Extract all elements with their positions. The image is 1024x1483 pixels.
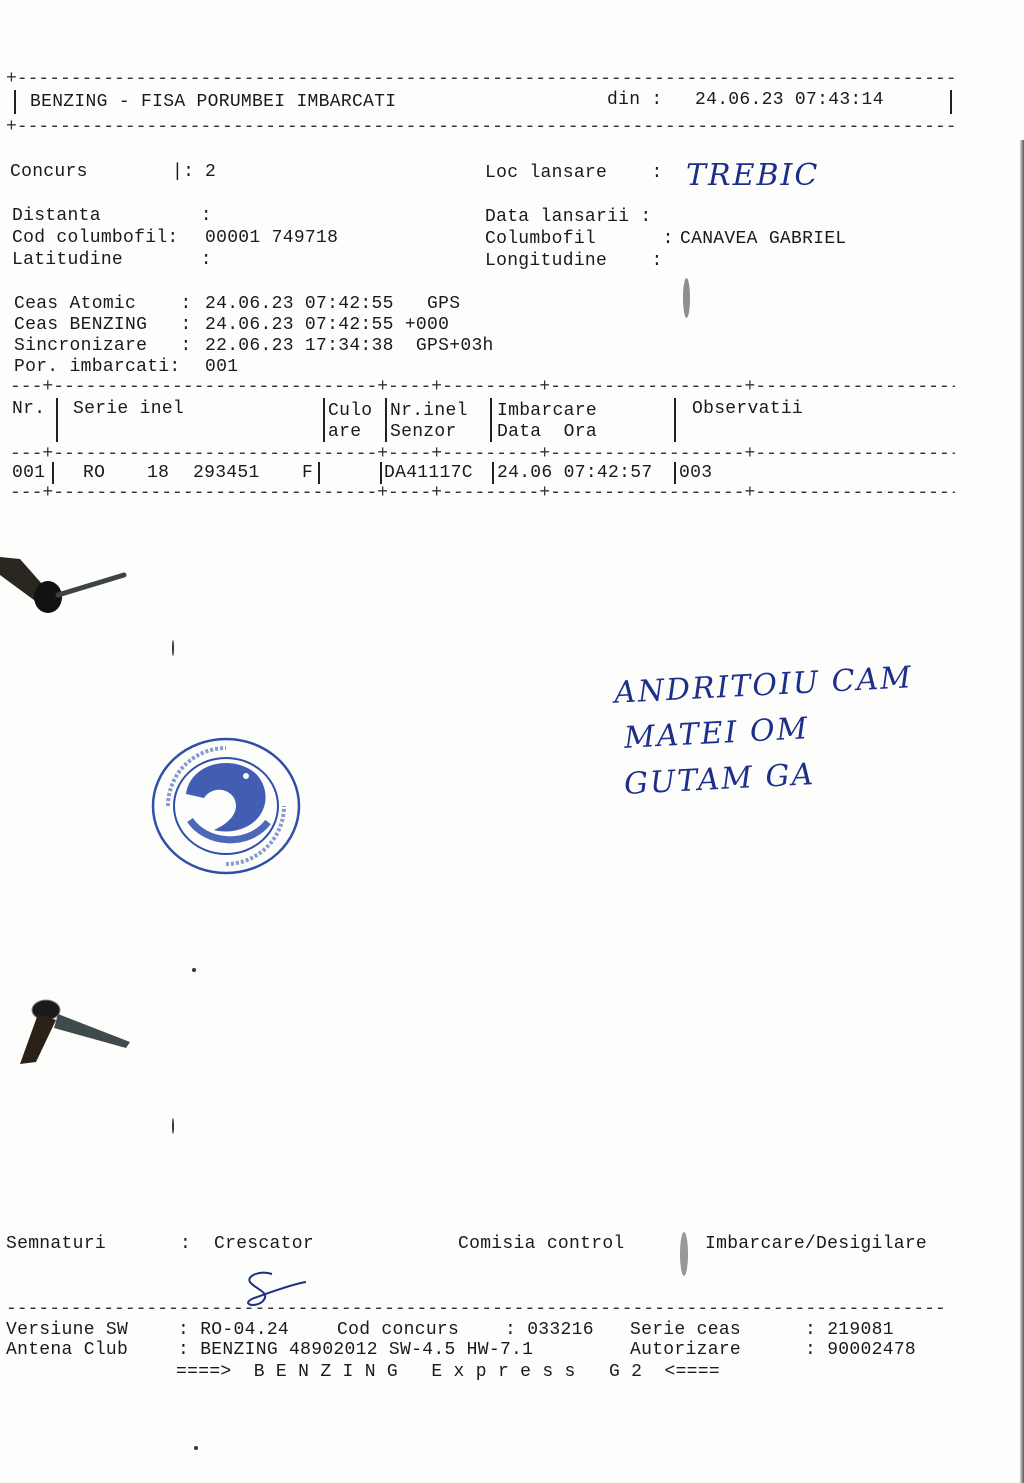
header-top-border: +---------------------------------------… — [6, 70, 956, 88]
ceas-benzing-label: Ceas BENZING : — [14, 315, 192, 336]
col-divider — [674, 462, 676, 484]
comisia-control-label: Comisia control — [458, 1234, 625, 1255]
concurs-value: 2 — [205, 162, 216, 183]
cod-concurs-value: : 033216 — [505, 1320, 594, 1341]
cell-tara: RO — [83, 463, 105, 484]
scan-speck — [192, 968, 196, 972]
cell-imbarcare: 24.06 07:42:57 — [497, 463, 652, 484]
longitudine-label: Longitudine : — [485, 251, 663, 272]
antena-club-label: Antena Club — [6, 1340, 128, 1361]
cod-concurs-label: Cod concurs — [337, 1320, 459, 1341]
imbarcare-desigilare-label: Imbarcare/Desigilare — [705, 1234, 927, 1255]
page-title: BENZING - FISA PORUMBEI IMBARCATI — [30, 92, 396, 113]
cell-observatii: 003 — [679, 463, 712, 484]
cell-nr: 001 — [12, 463, 45, 484]
benzing-express-banner: ====> B E N Z I N G E x p r e s s G 2 <=… — [176, 1362, 720, 1383]
col-divider — [380, 462, 382, 484]
crescator-label: Crescator — [214, 1234, 314, 1255]
scan-edge-shadow — [1020, 140, 1024, 1483]
cod-columbofil-value: 00001 749718 — [205, 228, 338, 249]
porumbei-imbarcati-label: Por. imbarcati: — [14, 357, 181, 378]
columbofil-label: Columbofil : — [485, 229, 674, 250]
col-divider — [323, 398, 325, 442]
col-divider — [490, 398, 492, 442]
cell-numar: 293451 — [193, 463, 260, 484]
col-divider — [674, 398, 676, 442]
col-divider — [318, 462, 320, 484]
scan-speck — [683, 278, 690, 318]
header-imbarcare-1: Imbarcare — [497, 401, 597, 422]
ceas-atomic-label: Ceas Atomic : — [14, 294, 192, 315]
scan-speck — [172, 1118, 174, 1134]
semnaturi-separator: : — [180, 1234, 191, 1255]
cell-an: 18 — [147, 463, 169, 484]
scan-speck — [172, 640, 174, 656]
ceas-benzing-value: 24.06.23 07:42:55 +000 — [205, 315, 449, 336]
latitudine-label: Latitudine : — [12, 250, 212, 271]
semnaturi-label: Semnaturi — [6, 1234, 106, 1255]
header-observatii: Observatii — [692, 399, 803, 420]
scan-speck — [680, 1232, 688, 1276]
header-culoare-1: Culo — [328, 401, 372, 422]
columbofil-value: CANAVEA GABRIEL — [680, 229, 847, 250]
porumbei-imbarcati-value: 001 — [205, 357, 238, 378]
versiune-sw-value: : RO-04.24 — [178, 1320, 289, 1341]
binder-clip-icon — [0, 545, 130, 620]
loc-lansare-handwritten: TREBIC — [686, 158, 819, 193]
table-bottom-border: ---+------------------------------+----+… — [10, 484, 955, 502]
autorizare-value: : 90002478 — [805, 1340, 916, 1361]
cod-columbofil-label: Cod columbofil: — [12, 228, 179, 249]
header-left-border — [14, 90, 16, 114]
sincronizare-value: 22.06.23 17:34:38 GPS+03h — [205, 336, 494, 357]
serie-ceas-label: Serie ceas — [630, 1320, 741, 1341]
signature-line-3: GUTAM GA — [623, 757, 816, 802]
header-separator: ---+------------------------------+----+… — [10, 445, 955, 463]
signature-line-2: MATEI OM — [623, 711, 810, 756]
versiune-sw-label: Versiune SW — [6, 1320, 128, 1341]
col-divider — [492, 462, 494, 484]
header-imbarcare-2: Data Ora — [497, 422, 597, 443]
header-right-border — [950, 90, 952, 114]
header-nr: Nr. — [12, 399, 45, 420]
cell-sex: F — [302, 463, 313, 484]
col-divider — [52, 462, 54, 484]
data-lansarii-label: Data lansarii : — [485, 207, 652, 228]
header-nr-inel-2: Senzor — [390, 422, 457, 443]
binder-clip-icon — [8, 990, 138, 1070]
club-stamp-icon — [150, 736, 302, 876]
col-divider — [56, 398, 58, 442]
distanta-label: Distanta : — [12, 206, 212, 227]
autorizare-label: Autorizare — [630, 1340, 741, 1361]
sincronizare-label: Sincronizare : — [14, 336, 192, 357]
col-divider — [385, 398, 387, 442]
concurs-separator: |: — [172, 162, 205, 183]
printed-datetime: 24.06.23 07:43:14 — [695, 90, 884, 111]
date-label: din : — [607, 90, 663, 111]
loc-lansare-label: Loc lansare : — [485, 163, 663, 184]
scan-speck — [194, 1446, 198, 1450]
concurs-label: Concurs — [10, 162, 88, 183]
header-serie-inel: Serie inel — [73, 399, 184, 420]
signature-line-1: ANDRITOIU CAM — [613, 660, 913, 711]
footer-separator: ----------------------------------------… — [6, 1300, 946, 1318]
header-nr-inel-1: Nr.inel — [390, 401, 468, 422]
cell-senzor: DA41117C — [384, 463, 473, 484]
ceas-atomic-value: 24.06.23 07:42:55 GPS — [205, 294, 460, 315]
table-top-border: ---+------------------------------+----+… — [10, 378, 955, 396]
header-culoare-2: are — [328, 422, 361, 443]
antena-club-value: : BENZING 48902012 SW-4.5 HW-7.1 — [178, 1340, 533, 1361]
serie-ceas-value: : 219081 — [805, 1320, 894, 1341]
header-bottom-border: +---------------------------------------… — [6, 118, 956, 136]
